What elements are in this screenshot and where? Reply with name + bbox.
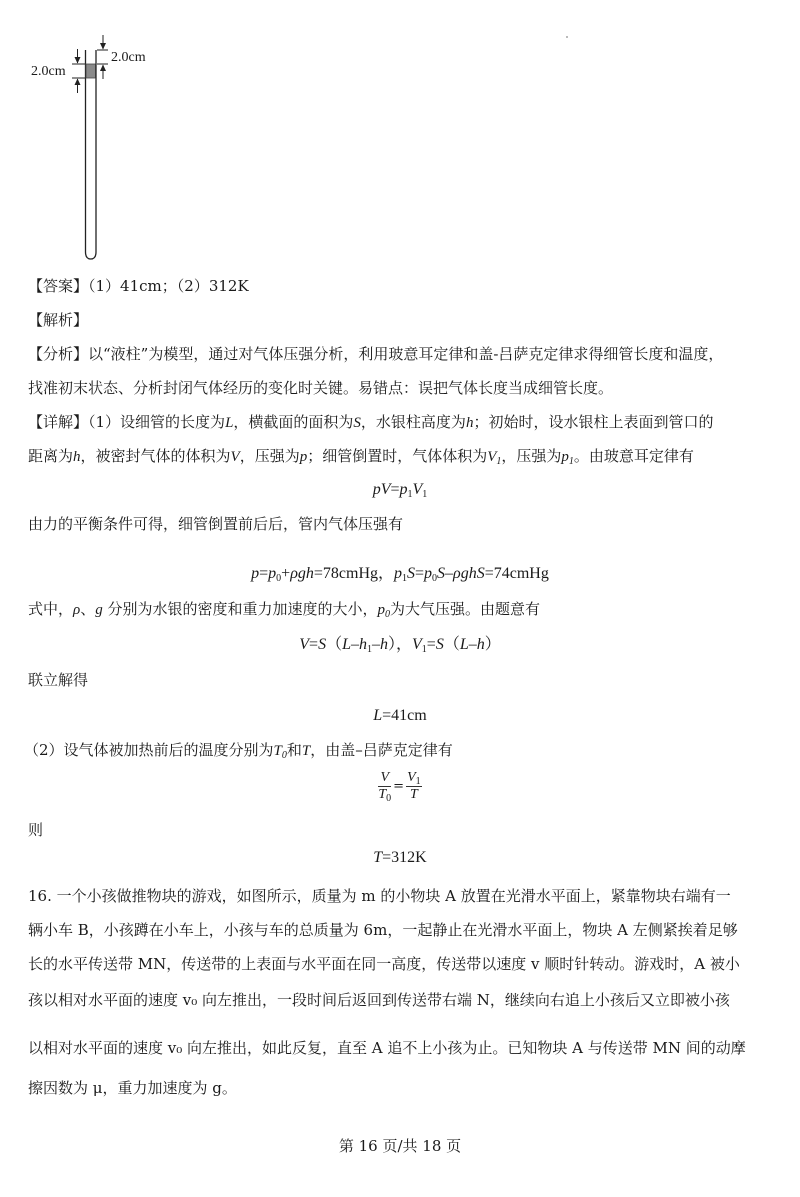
answer-tag: 【答案】 xyxy=(28,277,88,295)
analysis-line-2: 找准初末状态、分析封闭气体经历的变化时关键。易错点：误把气体长度当成细管长度。 xyxy=(28,378,613,398)
text: 和 xyxy=(287,741,302,759)
text: ，横截面的面积为 xyxy=(233,413,353,431)
text: 式中， xyxy=(28,600,73,618)
part2-line: （2）设气体被加热前后的温度分别为T0和T，由盖–吕萨克定律有 xyxy=(24,740,453,761)
var-g: g xyxy=(95,602,103,618)
text: 为大气压强。由题意有 xyxy=(390,600,540,618)
question16-line-6: 擦因数为 μ，重力加速度为 g。 xyxy=(28,1078,237,1098)
question-number: 16. xyxy=(28,887,52,905)
text: 一个小孩做推物块的游戏，如图所示，质量为 m 的小物块 A 放置在光滑水平面上，… xyxy=(57,887,731,905)
var-V1: V1 xyxy=(487,449,501,465)
analysis-text-1: 以“液柱”为模型，通过对气体压强分析，利用玻意耳定律和盖-吕萨克定律求得细管长度… xyxy=(88,345,723,363)
dimension-label-left: 2.0cm xyxy=(31,64,66,80)
analysis-heading: 【解析】 xyxy=(28,310,88,330)
question16-line-1: 16. 一个小孩做推物块的游戏，如图所示，质量为 m 的小物块 A 放置在光滑水… xyxy=(28,886,731,906)
text: ；细管倒置时，气体体积为 xyxy=(307,447,487,465)
question16-line-2: 辆小车 B，小孩蹲在小车上，小孩与车的总质量为 6m，一起静止在光滑水平面上，物… xyxy=(28,920,738,940)
then-text: 则 xyxy=(28,820,43,840)
answer-text: （1）41cm；（2）312K xyxy=(88,277,249,295)
analysis-line-1: 【分析】以“液柱”为模型，通过对气体压强分析，利用玻意耳定律和盖-吕萨克定律求得… xyxy=(28,344,723,364)
text: ，水银柱高度为 xyxy=(361,413,466,431)
text: （2）设气体被加热前后的温度分别为 xyxy=(24,741,274,759)
fraction-left: VT0 xyxy=(378,770,391,803)
answer-line: 【答案】（1）41cm；（2）312K xyxy=(28,276,249,296)
var-p0: p0 xyxy=(378,602,391,618)
text: 距离为 xyxy=(28,447,73,465)
text: =74cmHg xyxy=(485,565,549,582)
question16-line-5: 以相对水平面的速度 v₀ 向左推出，如此反复，直至 A 追不上小孩为止。已知物块… xyxy=(28,1038,746,1058)
var-p1: p1 xyxy=(561,449,574,465)
solve-text: 联立解得 xyxy=(28,670,88,690)
text: 。由玻意耳定律有 xyxy=(574,447,694,465)
text: 分别为水银的密度和重力加速度的大小， xyxy=(108,600,378,618)
balance-text: 由力的平衡条件可得，细管倒置前后后，管内气体压强有 xyxy=(28,514,403,534)
var-T0: T0 xyxy=(274,743,287,759)
page-footer: 第 16 页/共 18 页 xyxy=(0,1135,800,1156)
equation-pressure: p=p0+ρgh=78cmHg，p1S=p0S–ρghS=74cmHg xyxy=(0,564,800,584)
text: ，被密封气体的体积为 xyxy=(81,447,231,465)
text: （1）设细管的长度为 xyxy=(88,413,225,431)
detail-tag: 【详解】 xyxy=(28,413,88,431)
note-line: 式中，ρ、g 分别为水银的密度和重力加速度的大小，p0为大气压强。由题意有 xyxy=(28,599,540,620)
text: ；初始时，设水银柱上表面到管口的 xyxy=(473,413,713,431)
text: ，由盖–吕萨克定律有 xyxy=(310,741,453,759)
scan-artifact xyxy=(566,36,568,38)
text: ，压强为 xyxy=(501,447,561,465)
text: =78cmHg， xyxy=(314,565,394,582)
equation-charles: VT0=V1T xyxy=(0,770,800,803)
analysis-tag: 【分析】 xyxy=(28,345,88,363)
equation-volume: V=S（L–h1–h），V1=S（L–h） xyxy=(0,635,800,655)
equation-length-result: L=41cm xyxy=(0,706,800,726)
equation-boyle: pV=p1V1 xyxy=(0,480,800,500)
fraction-right: V1T xyxy=(406,770,422,803)
var-T: T xyxy=(302,743,310,759)
var-V: V xyxy=(231,449,240,465)
detail-line-2: 距离为h，被密封气体的体积为V，压强为p；细管倒置时，气体体积为V1，压强为p1… xyxy=(28,446,694,467)
question16-line-4: 孩以相对水平面的速度 v₀ 向左推出，一段时间后返回到传送带右端 N，继续向右追… xyxy=(28,990,730,1010)
text: ，压强为 xyxy=(240,447,300,465)
dimension-label-right: 2.0cm xyxy=(111,50,146,66)
text: 、 xyxy=(80,600,95,618)
question16-line-3: 长的水平传送带 MN，传送带的上表面与水平面在同一高度，传送带以速度 v 顺时针… xyxy=(28,954,740,974)
var-S: S xyxy=(353,415,361,431)
detail-line-1: 【详解】（1）设细管的长度为L，横截面的面积为S，水银柱高度为h；初始时，设水银… xyxy=(28,412,713,433)
equation-temperature-result: T=312K xyxy=(0,848,800,868)
tube-figure xyxy=(0,0,200,270)
var-h: h xyxy=(73,449,81,465)
